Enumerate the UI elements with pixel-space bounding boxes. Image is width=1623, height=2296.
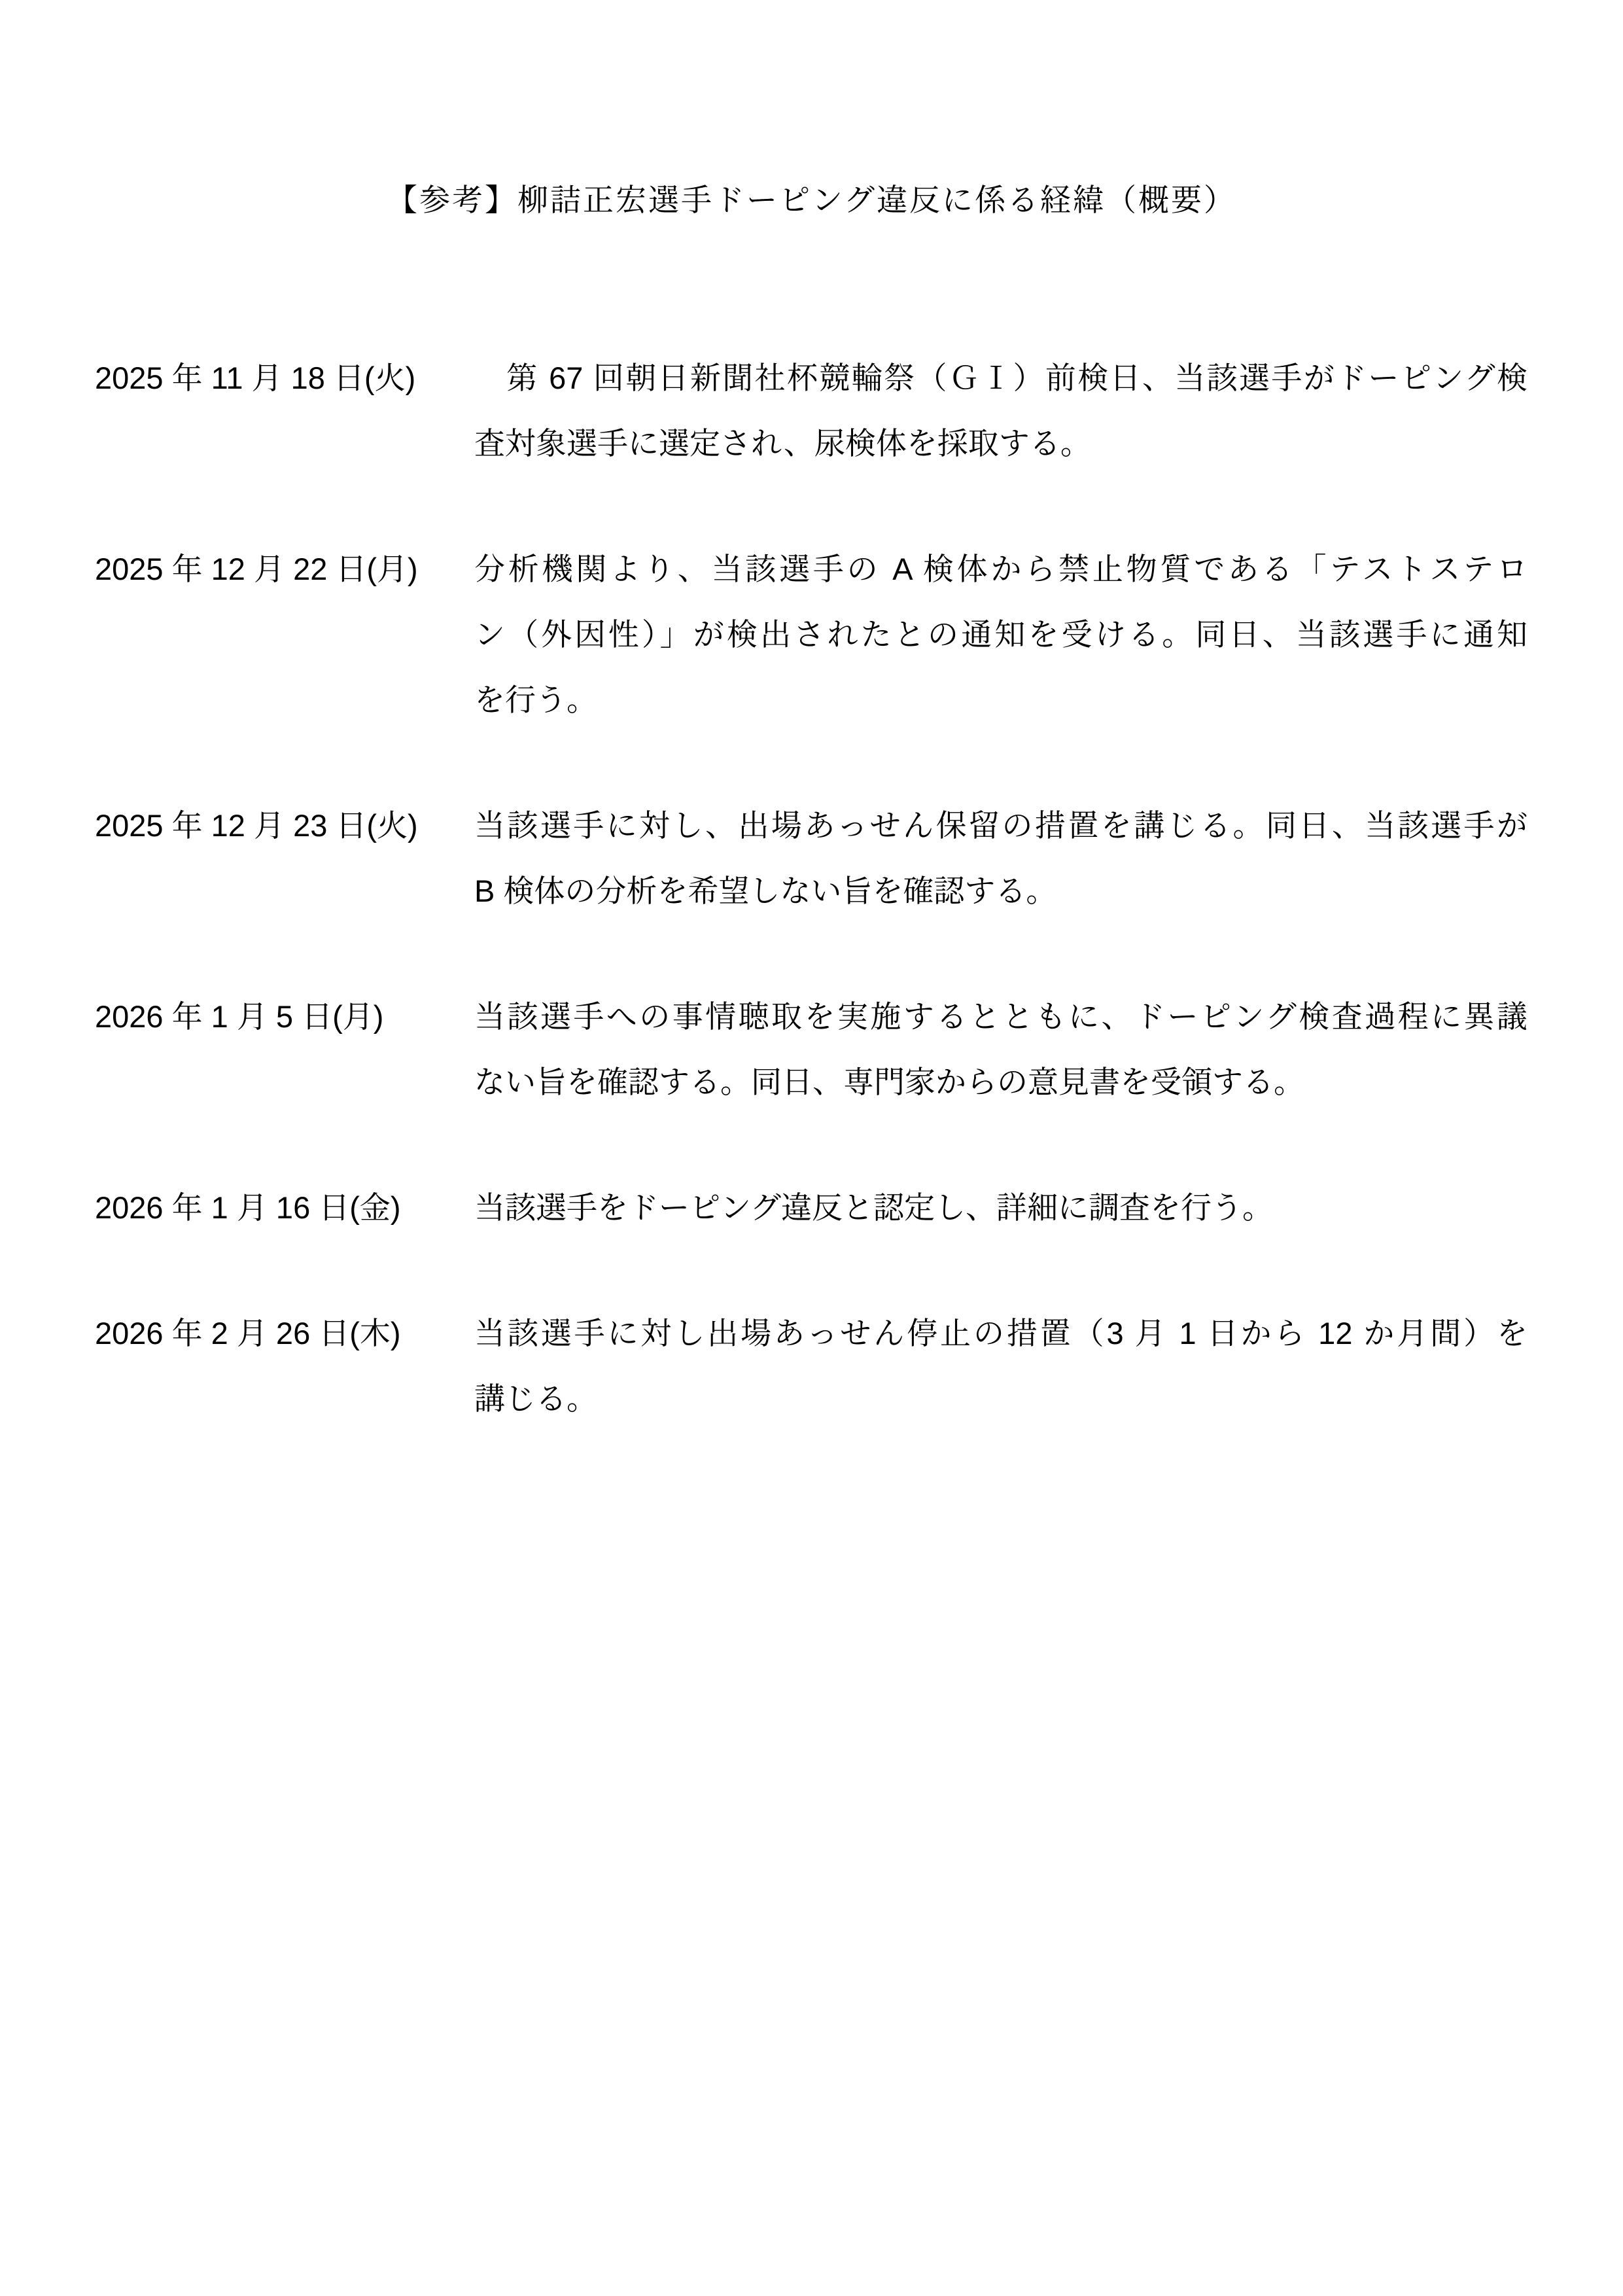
entry-line: 当該選手をドーピング違反と認定し、詳細に調査を行う。: [474, 1175, 1527, 1241]
entry-line: 講じる。: [474, 1366, 1527, 1432]
page-title: 【参考】柳詰正宏選手ドーピング違反に係る経緯（概要）: [0, 168, 1623, 233]
entry-line: 当該選手に対し出場あっせん停止の措置（3 月 1 日から 12 か月間）を: [474, 1301, 1527, 1366]
entry-date: 2025 年 12 月 23 日(火): [95, 793, 474, 858]
entry-line: 第 67 回朝日新聞社杯競輪祭（ＧⅠ）前検日、当該選手がドーピング検: [474, 345, 1527, 411]
entry-line: 分析機関より、当該選手の A 検体から禁止物質である「テストステロ: [474, 537, 1527, 602]
entry-line: B 検体の分析を希望しない旨を確認する。: [474, 858, 1527, 924]
entry-date: 2026 年 2 月 26 日(木): [95, 1301, 474, 1366]
entry-text: 当該選手をドーピング違反と認定し、詳細に調査を行う。: [474, 1175, 1527, 1241]
entry-text: 当該選手への事情聴取を実施するとともに、ドーピング検査過程に異議ない旨を確認する…: [474, 984, 1527, 1115]
entry-line: ン（外因性）」が検出されたとの通知を受ける。同日、当該選手に通知: [474, 602, 1527, 667]
document-page: 【参考】柳詰正宏選手ドーピング違反に係る経緯（概要） 2025 年 11 月 1…: [0, 0, 1623, 2296]
timeline-entry: 2025 年 12 月 23 日(火) 当該選手に対し、出場あっせん保留の措置を…: [95, 793, 1527, 924]
entry-text: 第 67 回朝日新聞社杯競輪祭（ＧⅠ）前検日、当該選手がドーピング検査対象選手に…: [474, 345, 1527, 476]
timeline-entry: 2025 年 11 月 18 日(火) 第 67 回朝日新聞社杯競輪祭（ＧⅠ）前…: [95, 345, 1527, 476]
entry-line: ない旨を確認する。同日、専門家からの意見書を受領する。: [474, 1050, 1527, 1115]
entry-line: 当該選手への事情聴取を実施するとともに、ドーピング検査過程に異議: [474, 984, 1527, 1050]
entry-text: 当該選手に対し、出場あっせん保留の措置を講じる。同日、当該選手がB 検体の分析を…: [474, 793, 1527, 924]
timeline-entry: 2026 年 2 月 26 日(木) 当該選手に対し出場あっせん停止の措置（3 …: [95, 1301, 1527, 1432]
entry-line: を行う。: [474, 667, 1527, 733]
entry-date: 2025 年 11 月 18 日(火): [95, 345, 474, 411]
timeline-entry: 2026 年 1 月 16 日(金) 当該選手をドーピング違反と認定し、詳細に調…: [95, 1175, 1527, 1241]
entry-date: 2025 年 12 月 22 日(月): [95, 537, 474, 602]
entry-text: 当該選手に対し出場あっせん停止の措置（3 月 1 日から 12 か月間）を講じる…: [474, 1301, 1527, 1432]
entry-line: 査対象選手に選定され、尿検体を採取する。: [474, 411, 1527, 476]
entry-line: 当該選手に対し、出場あっせん保留の措置を講じる。同日、当該選手が: [474, 793, 1527, 858]
timeline-entry: 2026 年 1 月 5 日(月) 当該選手への事情聴取を実施するとともに、ドー…: [95, 984, 1527, 1115]
entry-date: 2026 年 1 月 5 日(月): [95, 984, 474, 1050]
timeline-entry: 2025 年 12 月 22 日(月) 分析機関より、当該選手の A 検体から禁…: [95, 537, 1527, 733]
entry-date: 2026 年 1 月 16 日(金): [95, 1175, 474, 1241]
timeline: 2025 年 11 月 18 日(火) 第 67 回朝日新聞社杯競輪祭（ＧⅠ）前…: [95, 345, 1527, 1492]
entry-text: 分析機関より、当該選手の A 検体から禁止物質である「テストステロン（外因性）」…: [474, 537, 1527, 733]
